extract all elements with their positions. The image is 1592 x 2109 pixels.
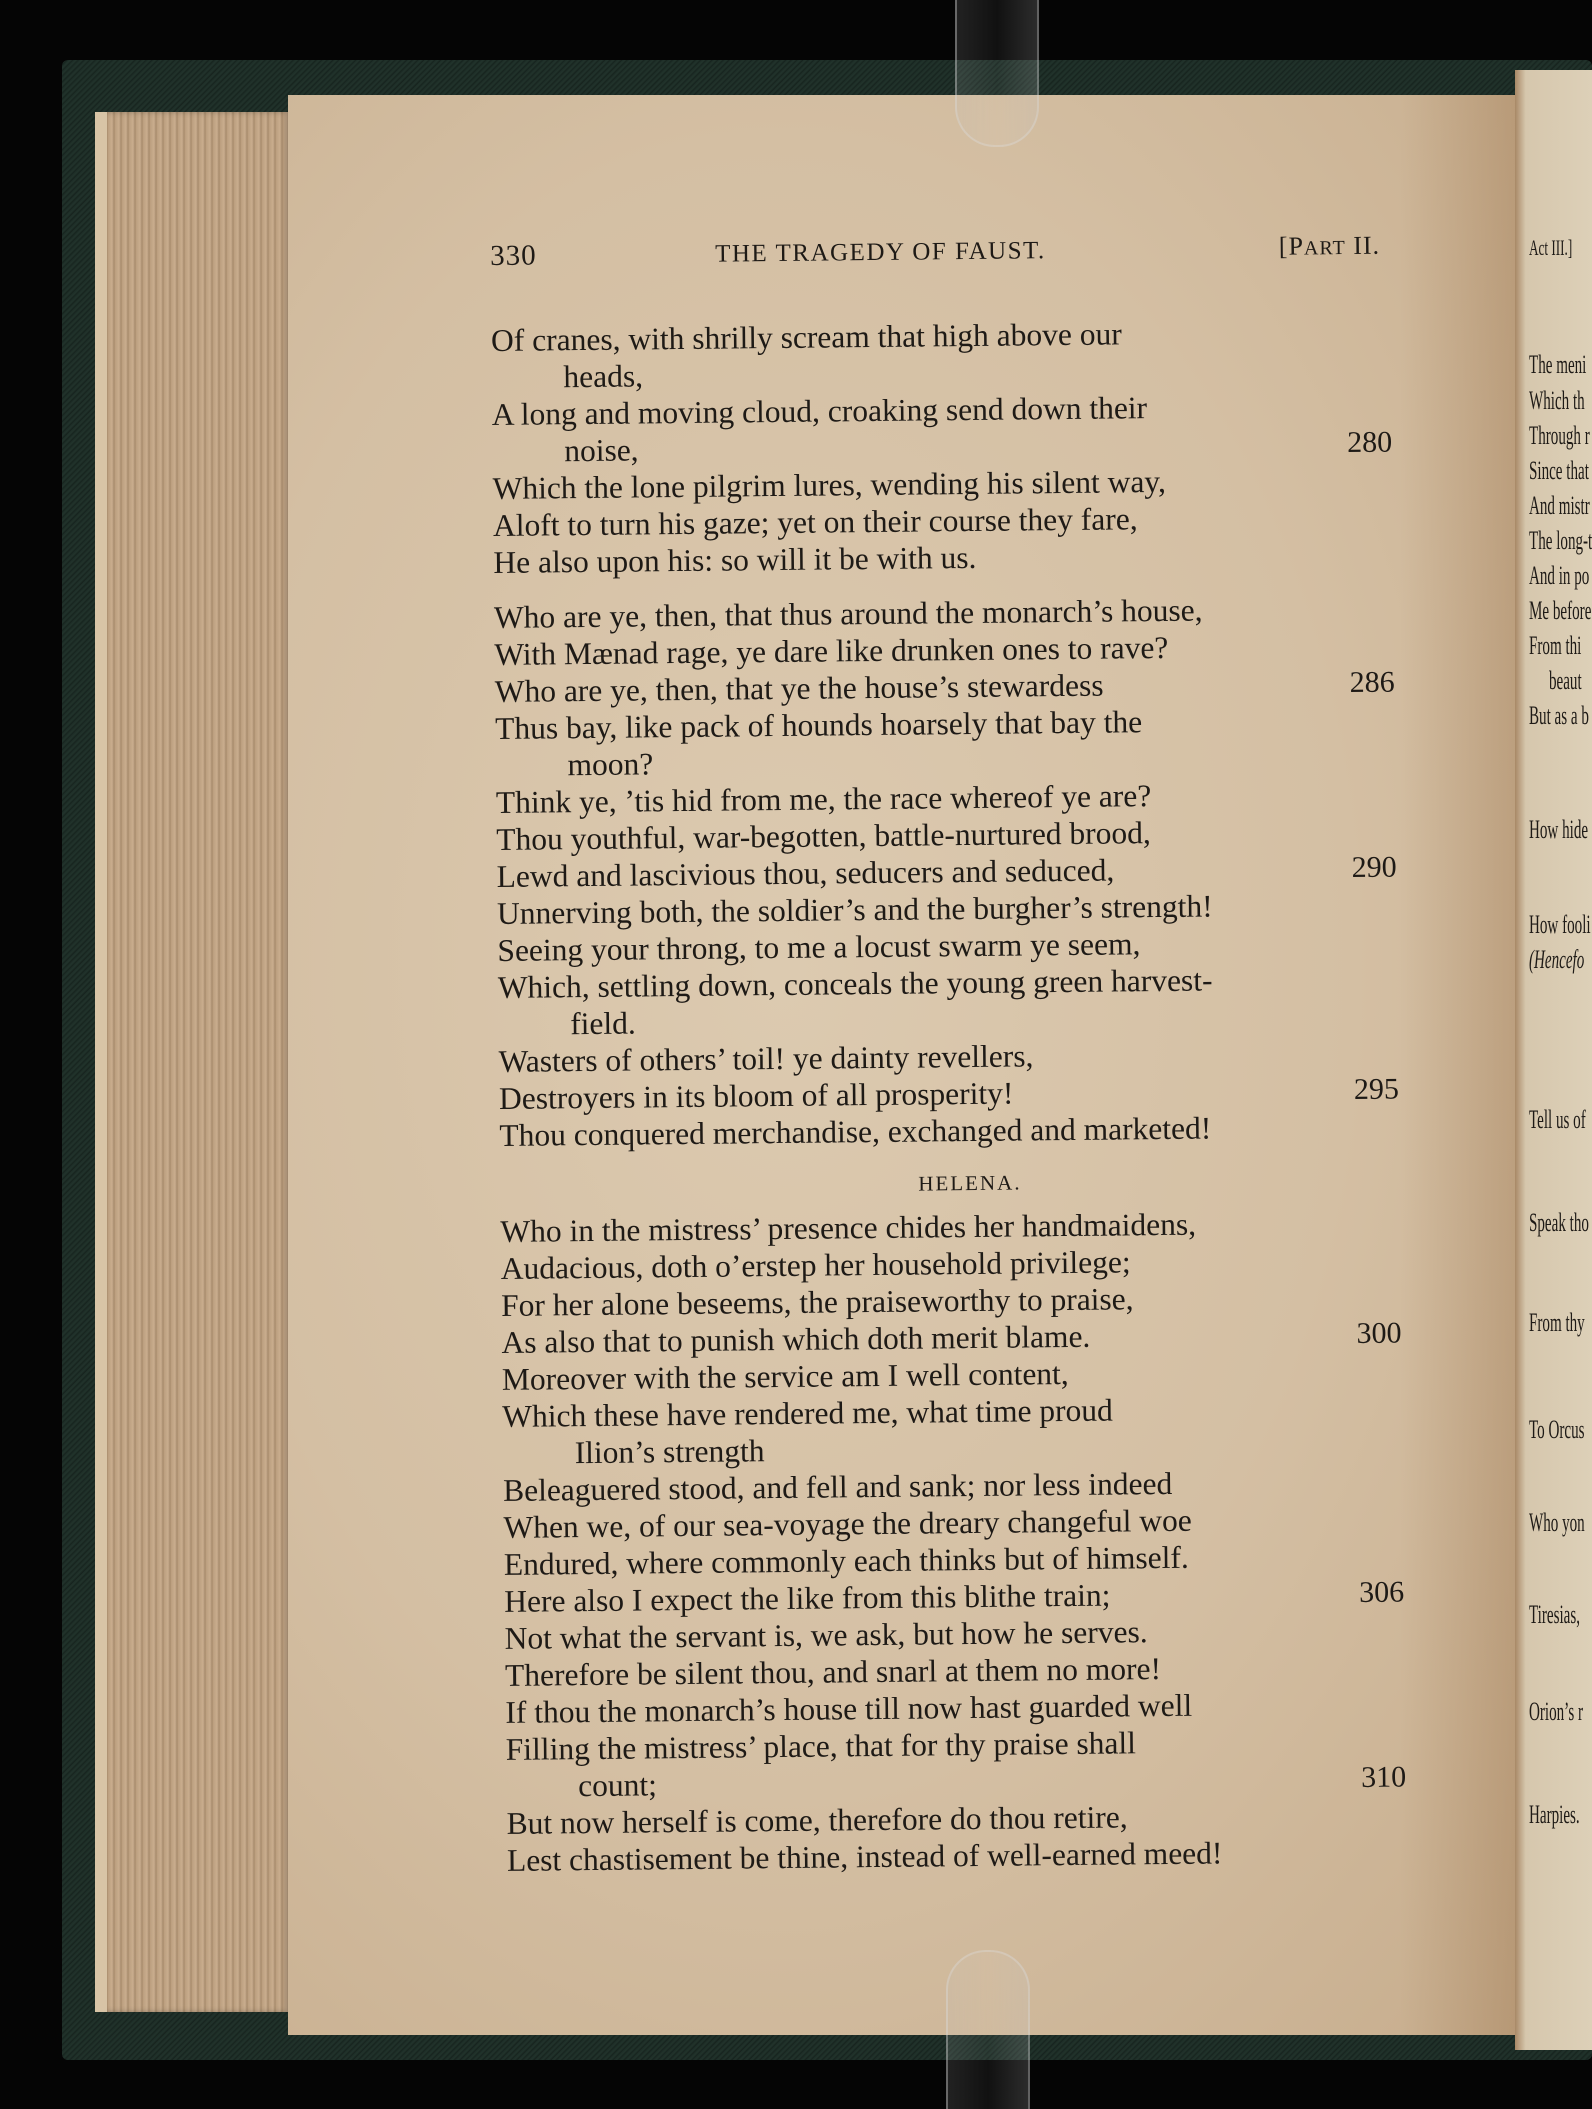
verse-stanzas: Of cranes, with shrilly scream that high… [491, 313, 1400, 1154]
right-page-line-fragment: The long-t [1529, 526, 1592, 556]
verse-text: He also upon his: so will it be with us. [493, 540, 976, 580]
verse-text: field. [570, 1006, 636, 1042]
right-page-line-fragment: Through r [1529, 421, 1590, 451]
stanza: Who are ye, then, that thus around the m… [494, 590, 1400, 1154]
right-page-line-fragment: From thy [1529, 1308, 1585, 1338]
verse-text: noise, [564, 432, 639, 468]
right-page-line-fragment: beaut [1549, 666, 1582, 696]
verse-text: If thou the monarch’s house till now has… [505, 1688, 1192, 1730]
verse-text: Which these have rendered me, what time … [502, 1393, 1113, 1434]
verse-text: Who in the mistress’ presence chides her… [500, 1207, 1196, 1249]
verse-text: Who are ye, then, that thus around the m… [494, 593, 1203, 635]
right-page-line-fragment: Since that [1529, 456, 1589, 486]
right-page-line-fragment: Which th [1529, 386, 1585, 416]
verse-text: moon? [567, 746, 653, 782]
right-page-line-fragment: Harpies. [1529, 1800, 1580, 1830]
verse-text: For her alone beseems, the praiseworthy … [501, 1281, 1134, 1323]
right-page-line-fragment: Me before [1529, 596, 1591, 626]
verse-text: Audacious, doth o’erstep her household p… [501, 1244, 1131, 1286]
line-number: 280 [1347, 424, 1392, 461]
line-number: 290 [1351, 849, 1396, 886]
verse-text: A long and moving cloud, croaking send d… [492, 390, 1148, 432]
verse-text: Think ye, ’tis hid from me, the race whe… [496, 778, 1152, 820]
right-page-line-fragment: (Hencefo [1529, 945, 1584, 975]
verse-text: Lest chastisement be thine, instead of w… [507, 1835, 1223, 1877]
part-label: [PART II. [1279, 231, 1381, 262]
line-number: 300 [1356, 1315, 1401, 1352]
verse-text: As also that to punish which doth merit … [501, 1319, 1090, 1360]
verse-text: Lewd and lascivious thou, seducers and s… [496, 852, 1114, 893]
verse-text: Moreover with the service am I well cont… [502, 1356, 1069, 1397]
line-number: 286 [1349, 664, 1394, 701]
right-page-line-fragment: And mistr [1529, 491, 1590, 521]
stanza: Of cranes, with shrilly scream that high… [491, 313, 1394, 581]
right-page-line-fragment: Orion’s r [1529, 1697, 1583, 1727]
verse-text: Filling the mistress’ place, that for th… [506, 1725, 1136, 1767]
line-number: 295 [1354, 1071, 1399, 1108]
verse-text: Aloft to turn his gaze; yet on their cou… [493, 501, 1138, 543]
verse-text: Unnerving both, the soldier’s and the bu… [497, 888, 1213, 930]
right-page-fragment: Act III.] The meniWhich thThrough rSince… [1515, 70, 1592, 2050]
verse-text: But now herself is come, therefore do th… [506, 1799, 1127, 1841]
right-page-line-fragment: Tell us of [1529, 1105, 1586, 1135]
verse-text: Which the lone pilgrim lures, wending hi… [492, 464, 1166, 506]
right-page-line-fragment: Who yon [1529, 1508, 1585, 1538]
helena-speech: Who in the mistress’ presence chides her… [500, 1204, 1407, 1879]
verse-text: Destroyers in its bloom of all prosperit… [499, 1076, 1014, 1116]
right-page-line-fragment: To Orcus [1529, 1415, 1584, 1445]
right-page-line-fragment: The meni [1529, 350, 1586, 380]
verse-text: Beleaguered stood, and fell and sank; no… [503, 1466, 1173, 1508]
verse-text: Seeing your throng, to me a locust swarm… [497, 926, 1140, 968]
verse-text: Of cranes, with shrilly scream that high… [491, 316, 1122, 358]
verse-text: Thou conquered merchandise, exchanged an… [499, 1110, 1211, 1152]
right-page-line-fragment: Tiresias, [1529, 1600, 1580, 1630]
page-stack-edges [95, 112, 290, 2012]
verse-text: Thou youthful, war-begotten, battle-nurt… [496, 815, 1151, 857]
right-page-line-fragment: How fooli [1529, 910, 1591, 940]
verse-text: Ilion’s strength [575, 1433, 765, 1470]
verse-text: Here also I expect the like from this bl… [504, 1578, 1111, 1619]
right-page-line-fragment: But as a b [1529, 701, 1589, 731]
right-page-line-fragment: From thi [1529, 631, 1581, 661]
verse-text: Endured, where commonly each thinks but … [504, 1540, 1189, 1582]
verse-text: count; [578, 1767, 657, 1803]
verse-text: Which, settling down, conceals the young… [498, 962, 1213, 1004]
speaker-heading: HELENA. [500, 1167, 1400, 1201]
running-head: 330 THE TRAGEDY OF FAUST. [PART II. [490, 231, 1390, 290]
right-page-line-fragment: How hide [1529, 815, 1588, 845]
right-page-line-fragment: Speak tho [1529, 1208, 1589, 1238]
bookmark-ribbon-bottom [946, 1950, 1030, 2109]
verse-text: heads, [563, 358, 643, 394]
left-page-text: 330 THE TRAGEDY OF FAUST. [PART II. Of c… [490, 231, 1407, 1879]
verse-text: With Mænad rage, ye dare like drunken on… [494, 630, 1168, 672]
right-page-running-head: Act III.] [1529, 235, 1572, 261]
line-number: 306 [1359, 1574, 1404, 1611]
running-title: THE TRAGEDY OF FAUST. [715, 237, 1046, 268]
verse-text: Wasters of others’ toil! ye dainty revel… [498, 1038, 1033, 1079]
bookmark-ribbon-top [955, 0, 1039, 147]
page-number: 330 [490, 240, 537, 273]
verse-text: When we, of our sea-voyage the dreary ch… [503, 1503, 1192, 1545]
line-number: 310 [1361, 1758, 1406, 1795]
verse-text: Not what the servant is, we ask, but how… [504, 1614, 1147, 1656]
verse-text: Therefore be silent thou, and snarl at t… [505, 1651, 1161, 1693]
verse-text: Thus bay, like pack of hounds hoarsely t… [495, 704, 1142, 746]
verse-text: Who are ye, then, that ye the house’s st… [495, 668, 1104, 709]
right-page-line-fragment: And in po [1529, 561, 1589, 591]
